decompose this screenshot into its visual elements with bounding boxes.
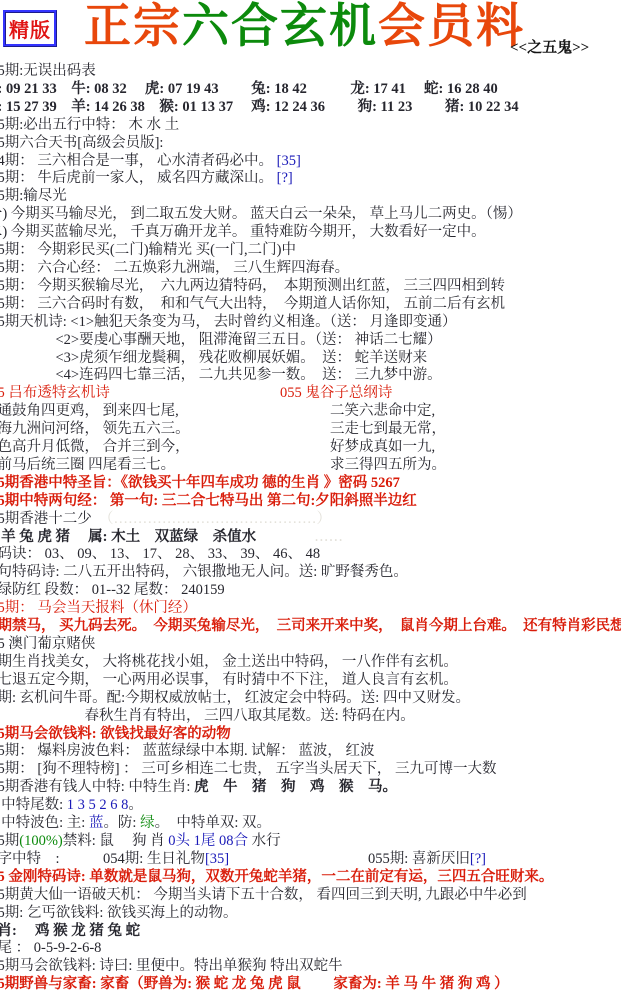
doc-line: 特肖: 鸡 猴 龙 猪 兔 蛇 bbox=[0, 923, 621, 941]
doc-line: 今期禁马， 买九码去死。 今期买兔输尽光， 三司来开来中奖， 鼠肖今期上台难。 … bbox=[0, 618, 621, 636]
text-segment: 中特波色: 主: bbox=[0, 815, 89, 831]
doc-line: 肖 羊 兔 虎 猪 属: 木土 双蓝绿 杀值水 ‥‥‥ bbox=[0, 529, 621, 547]
text-segment: 特尾 ： 0-5-9-2-6-8 bbox=[0, 940, 101, 956]
doc-line-right-column: 三走七到最无常， bbox=[330, 421, 446, 439]
text-segment: 055期天机诗: <1>触犯天条变为马， 去时曾约义相逢。（送： 月逢即变通） bbox=[0, 314, 457, 330]
lottery-tip-sheet: 精版 正宗六合玄机会员料 <<之五鬼>> 055期:无误出码表鼠: 09 21 … bbox=[0, 0, 621, 1008]
doc-line: <4>连码四七靠三活， 二九共见参一数。 送： 三九梦中游。 bbox=[0, 367, 621, 385]
doc-line: 中特波色: 主: 蓝。防: 绿。 中特单双: 双。 bbox=[0, 815, 621, 833]
doc-line: 055期： 马会当天报料（休门经） bbox=[0, 600, 621, 618]
text-segment: 牛前马后统三圈 四尾看三七。 bbox=[0, 457, 175, 473]
text-segment: （……………………………………） bbox=[92, 511, 331, 527]
doc-line: 054期： 三六相合是一事， 心水清者码必中。 [35] bbox=[0, 153, 621, 171]
text-segment: 055期： 今期彩民买(二门)输精光 买(一门,二门)中 bbox=[0, 242, 296, 258]
text-segment: 特肖: 鸡 猴 龙 猪 兔 蛇 bbox=[0, 923, 140, 939]
doc-line: 055期香港十二少 （……………………………………） bbox=[0, 511, 621, 529]
text-segment: 055期: 乞丐欲钱料: 欲钱买海上的动物。 bbox=[0, 905, 238, 921]
text-segment: (一) 今期买马输尽光， 到二取五发大财。 蓝天白云一朵朵， 草上马儿二两史。（… bbox=[0, 206, 522, 222]
text-segment: 055期马会欲钱料: 欲钱找最好客的动物 bbox=[0, 726, 231, 742]
text-segment: 四字中特 : 054期: 生日礼物 bbox=[0, 851, 205, 867]
doc-line: 马: 15 27 39 羊: 14 26 38 猴: 01 13 37 鸡: 1… bbox=[0, 99, 621, 117]
text-segment: 055期： 牛后虎前一家人， 威名四方藏深山。 bbox=[0, 170, 277, 186]
text-segment: [35] bbox=[205, 851, 229, 867]
text-segment: 六合玄机 bbox=[182, 1, 378, 53]
text-segment: 鼠: 09 21 33 牛: 08 32 虎: 07 19 43 兔: 18 4… bbox=[0, 81, 498, 97]
text-segment: 055 吕布透特玄机诗 bbox=[0, 385, 110, 401]
doc-line: 牛前马后统三圈 四尾看三七。求三得四五所为。 bbox=[0, 457, 621, 475]
doc-line: 055期： 六合心经： 二五焕彩九洲端， 三八生辉四海春。 bbox=[0, 260, 621, 278]
text-segment: 特码诀： 03、 09、 13、 17、 28、 33、 39、 46、 48 bbox=[0, 546, 320, 562]
text-segment: ‥‥‥ bbox=[256, 529, 343, 545]
text-segment: 水行 bbox=[248, 833, 281, 849]
text-segment: 中特尾数: bbox=[0, 797, 67, 813]
doc-line: 055期:必出五行中特： 木 水 土 bbox=[0, 117, 621, 135]
text-segment: 055期: 喜新厌旧 bbox=[368, 851, 470, 867]
text-segment: 好梦成真如一九, bbox=[330, 439, 435, 455]
doc-line: 055期马会欲钱料: 诗曰: 里便中。特出单猴狗 特出双蛇牛 bbox=[0, 958, 621, 976]
text-segment: 055期： 三六合码时有数， 和和气气大出特， 今期道人话你知， 五前二后有玄机 bbox=[0, 296, 505, 312]
text-segment: 肖 羊 兔 虎 猪 属: 木土 双蓝绿 杀值水 bbox=[0, 529, 256, 545]
doc-line: 055期： 三六合码时有数， 和和气气大出特， 今期道人话你知， 五前二后有玄机 bbox=[0, 296, 621, 314]
page-title: 正宗六合玄机会员料 bbox=[84, 0, 525, 56]
doc-line: 055期野兽与家畜: 家畜（野兽为: 猴 蛇 龙 兔 虎 鼠 家畜为: 羊 马 … bbox=[0, 976, 621, 994]
doc-line: 今期生肖找美女， 大将桃花找小姐， 金土送出中特码， 一八作伴有玄机。 bbox=[0, 654, 621, 672]
text-segment: 055期 bbox=[0, 833, 19, 849]
text-segment: [?] bbox=[470, 851, 486, 867]
text-segment: 055期马会欲钱料: 诗曰: 里便中。特出单猴狗 特出双蛇牛 bbox=[0, 958, 343, 974]
text-segment: 055期香港中特圣旨：《欲钱买十年四车成功 德的生肖 》密码 5267 bbox=[0, 475, 400, 491]
text-segment: [?] bbox=[277, 170, 293, 186]
text-segment: 055期六合天书[高级会员版]: bbox=[0, 135, 163, 151]
doc-line: 055期： 爆料房波色料： 蓝蓝绿绿中本期. 试解： 蓝波， 红波 bbox=[0, 743, 621, 761]
doc-line: 杀绿防红 段数： 01--32 尾数： 240159 bbox=[0, 582, 621, 600]
text-segment: 四海九洲问河络， 领先五六三。 bbox=[0, 421, 190, 437]
text-segment: 055期野兽与家畜: 家畜（野兽为: 猴 蛇 龙 兔 虎 鼠 家畜为: 羊 马 … bbox=[0, 976, 509, 992]
doc-line: 055期: 乞丐欲钱料: 欲钱买海上的动物。 bbox=[0, 905, 621, 923]
text-segment: 055期:输尽光 bbox=[0, 188, 67, 204]
text-segment: 055期香港有钱人中特: 中特生肖: bbox=[0, 779, 194, 795]
doc-line: 鼠: 09 21 33 牛: 08 32 虎: 07 19 43 兔: 18 4… bbox=[0, 81, 621, 99]
text-segment: 0头 1尾 08合 bbox=[168, 833, 248, 849]
text-segment: 055期:必出五行中特： 木 水 土 bbox=[0, 117, 179, 133]
doc-line: 055期香港中特圣旨：《欲钱买十年四车成功 德的生肖 》密码 5267 bbox=[0, 475, 621, 493]
doc-line: 55期: 玄机问牛哥。配:今期权威放帖士， 红波定会中特码。送: 四中又财发。 bbox=[0, 690, 621, 708]
doc-line: 055期(100%)禁料: 鼠 狗 肖 0头 1尾 08合 水行 bbox=[0, 833, 621, 851]
doc-line-right-column: 055期: 喜新厌旧[?] bbox=[368, 851, 486, 869]
text-segment: 055期： 爆料房波色料： 蓝蓝绿绿中本期. 试解： 蓝波， 红波 bbox=[0, 743, 375, 759]
text-segment: <3>虎须乍细龙鬓稠， 残花败柳展妖媚。 送： 蛇羊送财来 bbox=[0, 350, 427, 366]
issue-subtitle: <<之五鬼>> bbox=[510, 36, 589, 57]
text-segment: 会员料 bbox=[378, 1, 525, 53]
text-segment: 一通鼓角四更鸡， 到来四七尾, bbox=[0, 403, 179, 419]
doc-line: 四海九洲问河络， 领先五六三。三走七到最无常， bbox=[0, 421, 621, 439]
doc-line: 055期： 牛后虎前一家人， 威名四方藏深山。 [?] bbox=[0, 170, 621, 188]
document-body: 055期:无误出码表鼠: 09 21 33 牛: 08 32 虎: 07 19 … bbox=[0, 63, 621, 994]
text-segment: 。防: bbox=[103, 815, 140, 831]
doc-line: 055期六合天书[高级会员版]: bbox=[0, 135, 621, 153]
text-segment: 055期:无误出码表 bbox=[0, 63, 96, 79]
text-segment: 。 中特单双: 双。 bbox=[155, 815, 271, 831]
doc-line: 日色高升月低微， 合并三到今，好梦成真如一九, bbox=[0, 439, 621, 457]
doc-line: (二) 今期买蓝输尽光， 千真万确开龙羊。 重特难防今期开， 大数看好一定中。 bbox=[0, 224, 621, 242]
doc-line: 055期： 今期彩民买(二门)输精光 买(一门,二门)中 bbox=[0, 242, 621, 260]
doc-line-right-column: 求三得四五所为。 bbox=[330, 457, 446, 475]
text-segment: 055期： [狗不理特榜] ： 三可乡相连二七贵， 五字当头居天下， 三九可博一… bbox=[0, 761, 497, 777]
text-segment: (二) 今期买蓝输尽光， 千真万确开龙羊。 重特难防今期开， 大数看好一定中。 bbox=[0, 224, 486, 240]
text-segment: 。 bbox=[128, 797, 143, 813]
text-segment: 禁料: 鼠 狗 肖 bbox=[63, 833, 169, 849]
text-segment: 求三得四五所为。 bbox=[330, 457, 446, 473]
text-segment: 正宗 bbox=[84, 1, 182, 53]
doc-line: <3>虎须乍细龙鬓稠， 残花败柳展妖媚。 送： 蛇羊送财来 bbox=[0, 350, 621, 368]
doc-line: 055期天机诗: <1>触犯天条变为马， 去时曾约义相逢。（送： 月逢即变通） bbox=[0, 314, 621, 332]
text-segment: [35] bbox=[277, 153, 301, 169]
doc-line: 春秋生肖有特出， 三四八取其尾数。送: 特码在内。 bbox=[0, 708, 621, 726]
text-segment: 055 金刚特码诗: 单数就是鼠马狗，双数开兔蛇羊猪，一二在前定有运，三四五合旺… bbox=[0, 869, 553, 885]
text-segment: (100%) bbox=[19, 833, 63, 849]
text-segment: 十七退五定今期， 一心两用必误事， 有时猜中不下注， 道人良言有玄机。 bbox=[0, 672, 458, 688]
text-segment: 055期： 六合心经： 二五焕彩九洲端， 三八生辉四海春。 bbox=[0, 260, 349, 276]
text-segment: 055期香港十二少 bbox=[0, 511, 92, 527]
doc-line: 055 澳门葡京赌侠 bbox=[0, 636, 621, 654]
doc-line: 055期:无误出码表 bbox=[0, 63, 621, 81]
text-segment: 055期： 今期买猴输尽光， 六九两边猜特码， 本期预测出红蓝， 三三四四相到转 bbox=[0, 278, 505, 294]
doc-line: 055期： [狗不理特榜] ： 三可乡相连二七贵， 五字当头居天下， 三九可博一… bbox=[0, 761, 621, 779]
doc-line: 特尾 ： 0-5-9-2-6-8 bbox=[0, 940, 621, 958]
text-segment: 055期中特两句经： 第一句: 三二合七特马出 第二句:夕阳斜照半边红 bbox=[0, 493, 417, 509]
header: 精版 正宗六合玄机会员料 <<之五鬼>> bbox=[0, 0, 621, 62]
text-segment: 今期禁马， 买九码去死。 今期买兔输尽光， 三司来开来中奖， 鼠肖今期上台难。 … bbox=[0, 618, 621, 634]
doc-line: 055 吕布透特玄机诗055 鬼谷子总纲诗 bbox=[0, 385, 621, 403]
doc-line: 一通鼓角四更鸡， 到来四七尾,二笑六悲命中定, bbox=[0, 403, 621, 421]
doc-line: 四字中特 : 054期: 生日礼物[35]055期: 喜新厌旧[?] bbox=[0, 851, 621, 869]
text-segment: 054期： 三六相合是一事， 心水清者码必中。 bbox=[0, 153, 277, 169]
text-segment: 三走七到最无常， bbox=[330, 421, 446, 437]
doc-line: 055期中特两句经： 第一句: 三二合七特马出 第二句:夕阳斜照半边红 bbox=[0, 493, 621, 511]
text-segment: 055 澳门葡京赌侠 bbox=[0, 636, 95, 652]
premium-edition-badge: 精版 bbox=[3, 10, 57, 47]
doc-line: 十七退五定今期， 一心两用必误事， 有时猜中不下注， 道人良言有玄机。 bbox=[0, 672, 621, 690]
text-segment: <4>连码四七靠三活， 二九共见参一数。 送： 三九梦中游。 bbox=[0, 367, 442, 383]
text-segment: 杀绿防红 段数： 01--32 尾数： 240159 bbox=[0, 582, 225, 598]
text-segment: 马: 15 27 39 羊: 14 26 38 猴: 01 13 37 鸡: 1… bbox=[0, 99, 519, 115]
doc-line: 055期： 今期买猴输尽光， 六九两边猜特码， 本期预测出红蓝， 三三四四相到转 bbox=[0, 278, 621, 296]
text-segment: 055 鬼谷子总纲诗 bbox=[280, 385, 392, 401]
text-segment: 二笑六悲命中定, bbox=[330, 403, 435, 419]
text-segment: 日色高升月低微， 合并三到今， bbox=[0, 439, 190, 455]
doc-line-right-column: 055 鬼谷子总纲诗 bbox=[280, 385, 392, 403]
text-segment: 055期黄大仙一语破天机： 今期当头请下五十合数， 看四回三到天明, 九跟必中牛… bbox=[0, 887, 527, 903]
text-segment: 55期: 玄机问牛哥。配:今期权威放帖士， 红波定会中特码。送: 四中又财发。 bbox=[0, 690, 470, 706]
doc-line: 055 金刚特码诗: 单数就是鼠马狗，双数开兔蛇羊猪，一二在前定有运，三四五合旺… bbox=[0, 869, 621, 887]
doc-line: <2>要虔心事酬天地， 阻滞淹留三五日。（送： 神话二七耀） bbox=[0, 332, 621, 350]
doc-line: 055期香港有钱人中特: 中特生肖: 虎 牛 猪 狗 鸡 猴 马。 bbox=[0, 779, 621, 797]
text-segment: 今期生肖找美女， 大将桃花找小姐， 金土送出中特码， 一八作伴有玄机。 bbox=[0, 654, 458, 670]
text-segment: <2>要虔心事酬天地， 阻滞淹留三五日。（送： 神话二七耀） bbox=[0, 332, 442, 348]
text-segment: 春秋生肖有特出， 三四八取其尾数。送: 特码在内。 bbox=[0, 708, 415, 724]
text-segment: 绿 bbox=[140, 815, 155, 831]
doc-line-right-column: 好梦成真如一九, bbox=[330, 439, 435, 457]
doc-line: 055期马会欲钱料: 欲钱找最好客的动物 bbox=[0, 726, 621, 744]
text-segment: 蓝 bbox=[89, 815, 104, 831]
doc-line-right-column: 二笑六悲命中定, bbox=[330, 403, 435, 421]
doc-line: 一句特码诗: 二八五开出特码， 六银撒地无人问。送: 旷野餐秀色。 bbox=[0, 564, 621, 582]
doc-line: 055期黄大仙一语破天机： 今期当头请下五十合数， 看四回三到天明, 九跟必中牛… bbox=[0, 887, 621, 905]
text-segment: 1 3 5 2 6 8 bbox=[67, 797, 129, 813]
doc-line: 055期:输尽光 bbox=[0, 188, 621, 206]
text-segment: 055期： 马会当天报料（休门经） bbox=[0, 600, 197, 616]
text-segment: 一句特码诗: 二八五开出特码， 六银撒地无人问。送: 旷野餐秀色。 bbox=[0, 564, 408, 580]
doc-line: 中特尾数: 1 3 5 2 6 8。 bbox=[0, 797, 621, 815]
text-segment: 虎 牛 猪 狗 鸡 猴 马。 bbox=[194, 779, 397, 795]
doc-line: (一) 今期买马输尽光， 到二取五发大财。 蓝天白云一朵朵， 草上马儿二两史。（… bbox=[0, 206, 621, 224]
doc-line: 特码诀： 03、 09、 13、 17、 28、 33、 39、 46、 48 bbox=[0, 546, 621, 564]
